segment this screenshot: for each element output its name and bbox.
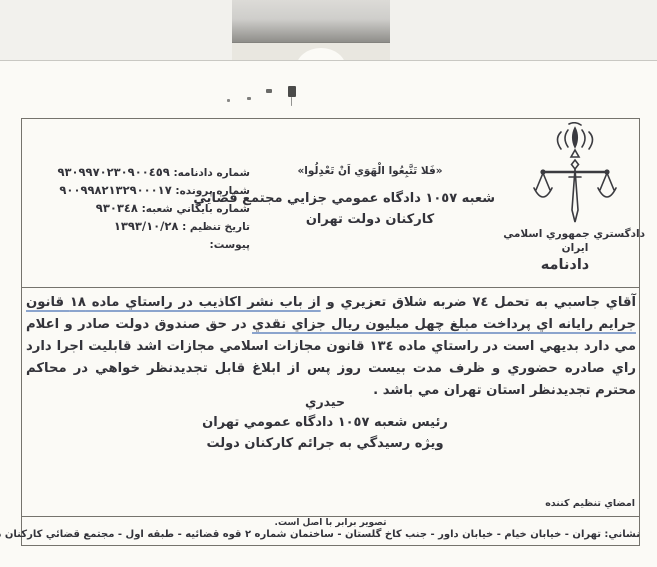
ink-speck [288,86,296,97]
quran-verse: «فَلا تَتَّبِعُوا الْهَوَي اَنْ تَعْدِلُ… [245,165,495,177]
court-address: نشاني: تهران - خيابان خيام - خيابان داور… [21,529,640,540]
ink-speck [247,97,251,100]
court-name-line2: كاركنان دولت تهران [245,212,495,227]
branch-archive-number-value: ٩٣٠٣٤٨ [96,201,138,215]
document-title: دادنامه [505,257,625,273]
judge-name: حيدري [160,392,490,412]
dadnameh-number-value: ٩٣٠٩٩٧٠٢٣٠٩٠٠٤٥٩ [57,165,169,179]
issue-date-label: تاريخ تنظيم : [182,221,250,233]
ink-speck [227,99,230,102]
issue-date-row: تاريخ تنظيم : ١٣٩٣/١٠/٢٨ [28,218,250,236]
judge-title-line1: رئيس شعبه ١٠٥٧ دادگاه عمومي تهران [160,412,490,433]
judiciary-name-line1: دادگستري جمهوري اسلامي [505,228,645,240]
judge-title-line2: ويژه رسيدگي به جرائم كاركنان دولت [160,433,490,454]
signature-block: حيدري رئيس شعبه ١٠٥٧ دادگاه عمومي تهران … [160,392,490,454]
scanned-court-verdict-page: شماره دادنامه: ٩٣٠٩٩٧٠٢٣٠٩٠٠٤٥٩ شماره پر… [0,0,657,567]
dadnameh-number-row: شماره دادنامه: ٩٣٠٩٩٧٠٢٣٠٩٠٠٤٥٩ [28,164,250,182]
court-header: «فَلا تَتَّبِعُوا الْهَوَي اَنْ تَعْدِلُ… [245,165,495,227]
scanner-artifact-band [232,42,390,62]
ink-speck [291,97,292,106]
scanner-artifact [232,0,390,62]
justice-scales-icon [533,122,617,226]
paper-top-edge [0,60,657,61]
verdict-text-start: آقاي جاسبي به تحمل ٧٤ ضربه شلاق تعزيري و [321,295,636,310]
certified-copy-note: تصوير برابر با اصل است. [21,518,640,528]
court-name-line1: شعبه ١٠٥٧ دادگاه عمومي جزايي مجتمع قضايي [245,191,495,206]
judiciary-name-line2: ايران [505,242,645,254]
verdict-text: آقاي جاسبي به تحمل ٧٤ ضربه شلاق تعزيري و… [26,292,636,402]
ink-speck [266,89,272,93]
signer-label: امضاي تنظيم كننده [495,498,635,509]
judiciary-header: دادگستري جمهوري اسلامي ايران [505,122,645,254]
header-divider-line [21,287,640,288]
case-file-number-value: ٩٠٠٩٩٨٢١٣٢٩٠٠٠١٧ [59,183,171,197]
attachment-row: پيوست: [28,236,250,254]
case-number-block: شماره دادنامه: ٩٣٠٩٩٧٠٢٣٠٩٠٠٤٥٩ شماره پر… [28,164,250,254]
dadnameh-number-label: شماره دادنامه: [173,167,250,179]
scanner-artifact-shadow [232,0,390,42]
issue-date-value: ١٣٩٣/١٠/٢٨ [114,219,179,233]
attachment-label: پيوست: [210,239,250,251]
